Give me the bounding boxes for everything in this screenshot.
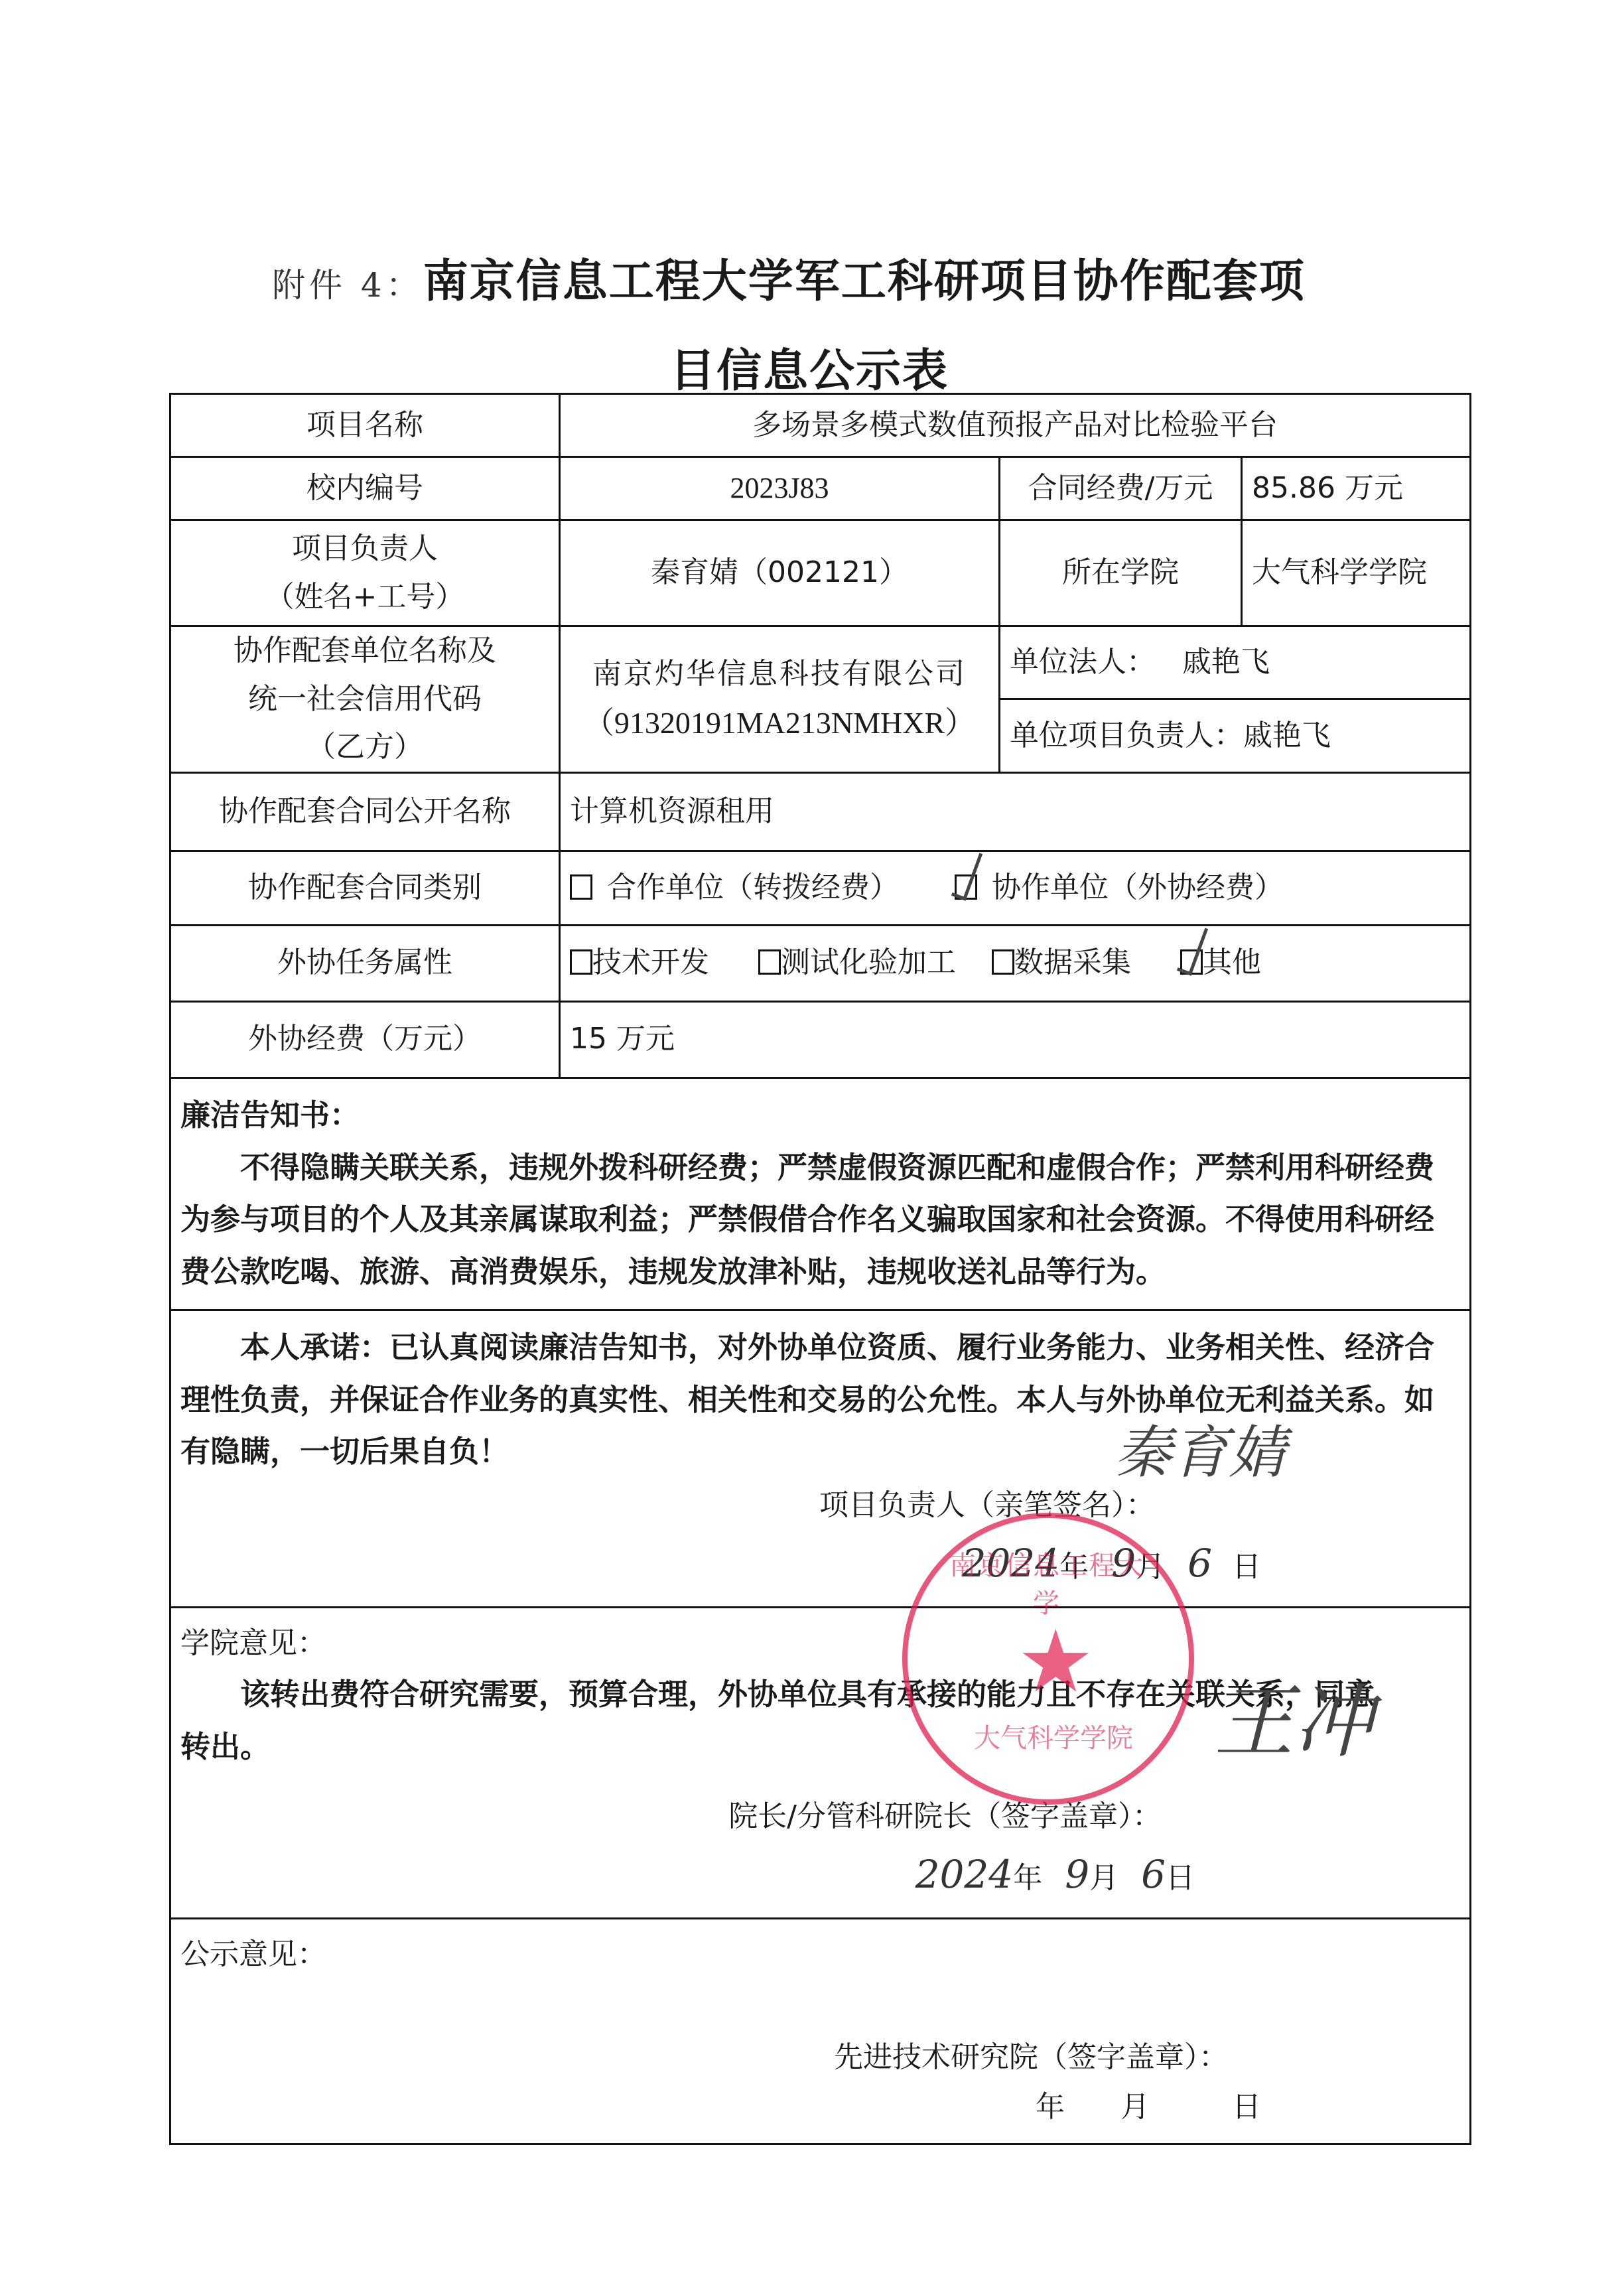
integrity-notice-body: 不得隐瞒关联关系，违规外拨科研经费；严禁虚假资源匹配和虚假合作；严禁利用科研经费…: [180, 1142, 1460, 1298]
partner-unit-label-line2: 统一社会信用代码: [180, 675, 549, 724]
project-leader-label: 项目负责人 （姓名+工号）: [170, 520, 560, 626]
college-date-day: 6: [1141, 1852, 1166, 1897]
unit-leader-value: 戚艳飞: [1243, 719, 1331, 752]
day-unit: 日: [1232, 2090, 1261, 2124]
row-outsourcing-fee: 外协经费（万元） 15 万元: [170, 1001, 1471, 1077]
integrity-notice-heading: 廉洁告知书：: [180, 1089, 1460, 1142]
legal-rep-cell: 单位法人：戚艳飞: [1000, 626, 1471, 699]
outsourcing-fee-value: 15 万元: [560, 1001, 1471, 1077]
title-text-line1: 南京信息工程大学军工科研项目协作配套项: [423, 255, 1306, 308]
checkbox-unchecked-icon[interactable]: [570, 949, 592, 975]
commitment-date-row: 2024年 9月 6日: [180, 1531, 1460, 1596]
task-option-tech-dev-label: 技术开发: [592, 945, 709, 979]
task-option-other[interactable]: 其他: [1180, 945, 1261, 979]
college-signature-label: 院长/分管科研院长（签字盖章）：: [728, 1799, 1162, 1833]
leader-handwritten-signature: 秦育婧: [1115, 1407, 1286, 1489]
checkbox-unchecked-icon[interactable]: [992, 949, 1014, 975]
contract-public-name-value: 计算机资源租用: [560, 772, 1471, 851]
row-public-opinion: 公示意见： 先进技术研究院（签字盖章）： 年 月 日: [170, 1919, 1471, 2144]
partner-unit-label: 协作配套单位名称及 统一社会信用代码 （乙方）: [170, 626, 560, 773]
partner-unit-credit-code: （91320191MA213NMHXR）: [570, 698, 989, 748]
commitment-date-month: 9: [1111, 1541, 1136, 1586]
public-signature-label: 先进技术研究院（签字盖章）：: [834, 2040, 1228, 2074]
contract-funding-value: 85.86 万元: [1242, 457, 1471, 520]
outsourcing-fee-label: 外协经费（万元）: [170, 1001, 560, 1077]
unit-leader-label: 单位项目负责人：: [1010, 719, 1243, 752]
contract-public-name-label: 协作配套合同公开名称: [170, 772, 560, 851]
year-unit: 年: [1013, 1861, 1042, 1895]
project-leader-label-line2: （姓名+工号）: [180, 573, 549, 622]
task-option-tech-dev[interactable]: 技术开发: [570, 945, 718, 979]
project-name-value: 多场景多模式数值预报产品对比检验平台: [560, 394, 1471, 457]
college-value: 大气科学学院: [1242, 520, 1471, 626]
project-name-label: 项目名称: [170, 394, 560, 457]
month-unit: 月: [1136, 1550, 1165, 1584]
task-option-testing[interactable]: 测试化验加工: [758, 945, 965, 979]
integrity-notice-section: 廉洁告知书： 不得隐瞒关联关系，违规外拨科研经费；严禁虚假资源匹配和虚假合作；严…: [170, 1077, 1471, 1310]
row-contract-type: 协作配套合同类别 合作单位（转拨经费） 协作单位（外协经费）: [170, 851, 1471, 925]
college-date-row: 2024年 9月 6日: [180, 1842, 1460, 1908]
attachment-prefix: 附件 4：: [272, 266, 423, 305]
checkbox-checked-icon[interactable]: [955, 874, 977, 900]
legal-rep-value: 戚艳飞: [1182, 645, 1270, 679]
row-project-name: 项目名称 多场景多模式数值预报产品对比检验平台: [170, 394, 1471, 457]
task-attribute-label: 外协任务属性: [170, 925, 560, 1001]
row-integrity-notice: 廉洁告知书： 不得隐瞒关联关系，违规外拨科研经费；严禁虚假资源匹配和虚假合作；严…: [170, 1077, 1471, 1310]
contract-funding-label: 合同经费/万元: [1000, 457, 1242, 520]
year-unit: 年: [1036, 2090, 1065, 2124]
internal-code-label: 校内编号: [170, 457, 560, 520]
partner-unit-value: 南京灼华信息科技有限公司 （91320191MA213NMHXR）: [560, 626, 1000, 773]
task-attribute-options: 技术开发 测试化验加工 数据采集 其他: [560, 925, 1471, 1001]
row-contract-public-name: 协作配套合同公开名称 计算机资源租用: [170, 772, 1471, 851]
partner-unit-name: 南京灼华信息科技有限公司: [570, 650, 989, 699]
contract-type-option-outsourcing[interactable]: 协作单位（外协经费）: [955, 870, 1284, 904]
public-signature-row: 先进技术研究院（签字盖章）：: [180, 2033, 1460, 2083]
year-unit: 年: [1059, 1550, 1089, 1584]
contract-type-option-outsourcing-label: 协作单位（外协经费）: [992, 870, 1284, 904]
project-leader-label-line1: 项目负责人: [180, 525, 549, 573]
task-option-other-label: 其他: [1203, 945, 1261, 979]
row-task-attribute: 外协任务属性 技术开发 测试化验加工 数据采集 其他: [170, 925, 1471, 1001]
checkbox-unchecked-icon[interactable]: [758, 949, 781, 975]
unit-leader-cell: 单位项目负责人：戚艳飞: [1000, 699, 1471, 772]
document-title-line1: 附件 4：南京信息工程大学军工科研项目协作配套项: [272, 245, 1400, 310]
task-option-data-collection[interactable]: 数据采集: [992, 945, 1140, 979]
commitment-date-year: 2024: [962, 1541, 1060, 1586]
row-internal-code: 校内编号 2023J83 合同经费/万元 85.86 万元: [170, 457, 1471, 520]
day-unit: 日: [1166, 1861, 1195, 1895]
dean-handwritten-signature: 王冲: [1214, 1659, 1373, 1773]
commitment-signature-label: 项目负责人（亲笔签名）：: [819, 1488, 1155, 1522]
partner-unit-label-line1: 协作配套单位名称及: [180, 627, 549, 675]
day-unit: 日: [1232, 1550, 1261, 1584]
legal-rep-label: 单位法人：: [1010, 645, 1156, 679]
task-option-testing-label: 测试化验加工: [781, 945, 956, 979]
contract-type-option-transfer[interactable]: 合作单位（转拨经费）: [570, 870, 908, 904]
college-date-month: 9: [1065, 1852, 1089, 1897]
partner-unit-label-line3: （乙方）: [180, 723, 549, 772]
college-date-year: 2024: [915, 1852, 1014, 1897]
public-opinion-heading: 公示意见：: [180, 1930, 1460, 1980]
month-unit: 月: [1089, 1861, 1118, 1895]
checkbox-checked-icon[interactable]: [1180, 949, 1203, 975]
document-title-line2: 目信息公示表: [670, 335, 949, 399]
internal-code-value: 2023J83: [560, 457, 1000, 520]
college-signature-row: 院长/分管科研院长（签字盖章）：: [180, 1792, 1460, 1842]
task-option-data-collection-label: 数据采集: [1014, 945, 1131, 979]
contract-type-options: 合作单位（转拨经费） 协作单位（外协经费）: [560, 851, 1471, 925]
commitment-date-day: 6: [1187, 1541, 1212, 1586]
month-unit: 月: [1120, 2090, 1150, 2124]
row-partner-unit-a: 协作配套单位名称及 统一社会信用代码 （乙方） 南京灼华信息科技有限公司 （91…: [170, 626, 1471, 699]
checkbox-unchecked-icon[interactable]: [570, 874, 592, 900]
contract-type-label: 协作配套合同类别: [170, 851, 560, 925]
info-form-table: 项目名称 多场景多模式数值预报产品对比检验平台 校内编号 2023J83 合同经…: [169, 393, 1471, 2145]
public-opinion-section: 公示意见： 先进技术研究院（签字盖章）： 年 月 日: [170, 1919, 1471, 2144]
project-leader-value: 秦育婧（002121）: [560, 520, 1000, 626]
college-label: 所在学院: [1000, 520, 1242, 626]
contract-type-option-transfer-label: 合作单位（转拨经费）: [607, 870, 899, 904]
row-project-leader: 项目负责人 （姓名+工号） 秦育婧（002121） 所在学院 大气科学学院: [170, 520, 1471, 626]
public-date-row: 年 月 日: [180, 2083, 1460, 2132]
